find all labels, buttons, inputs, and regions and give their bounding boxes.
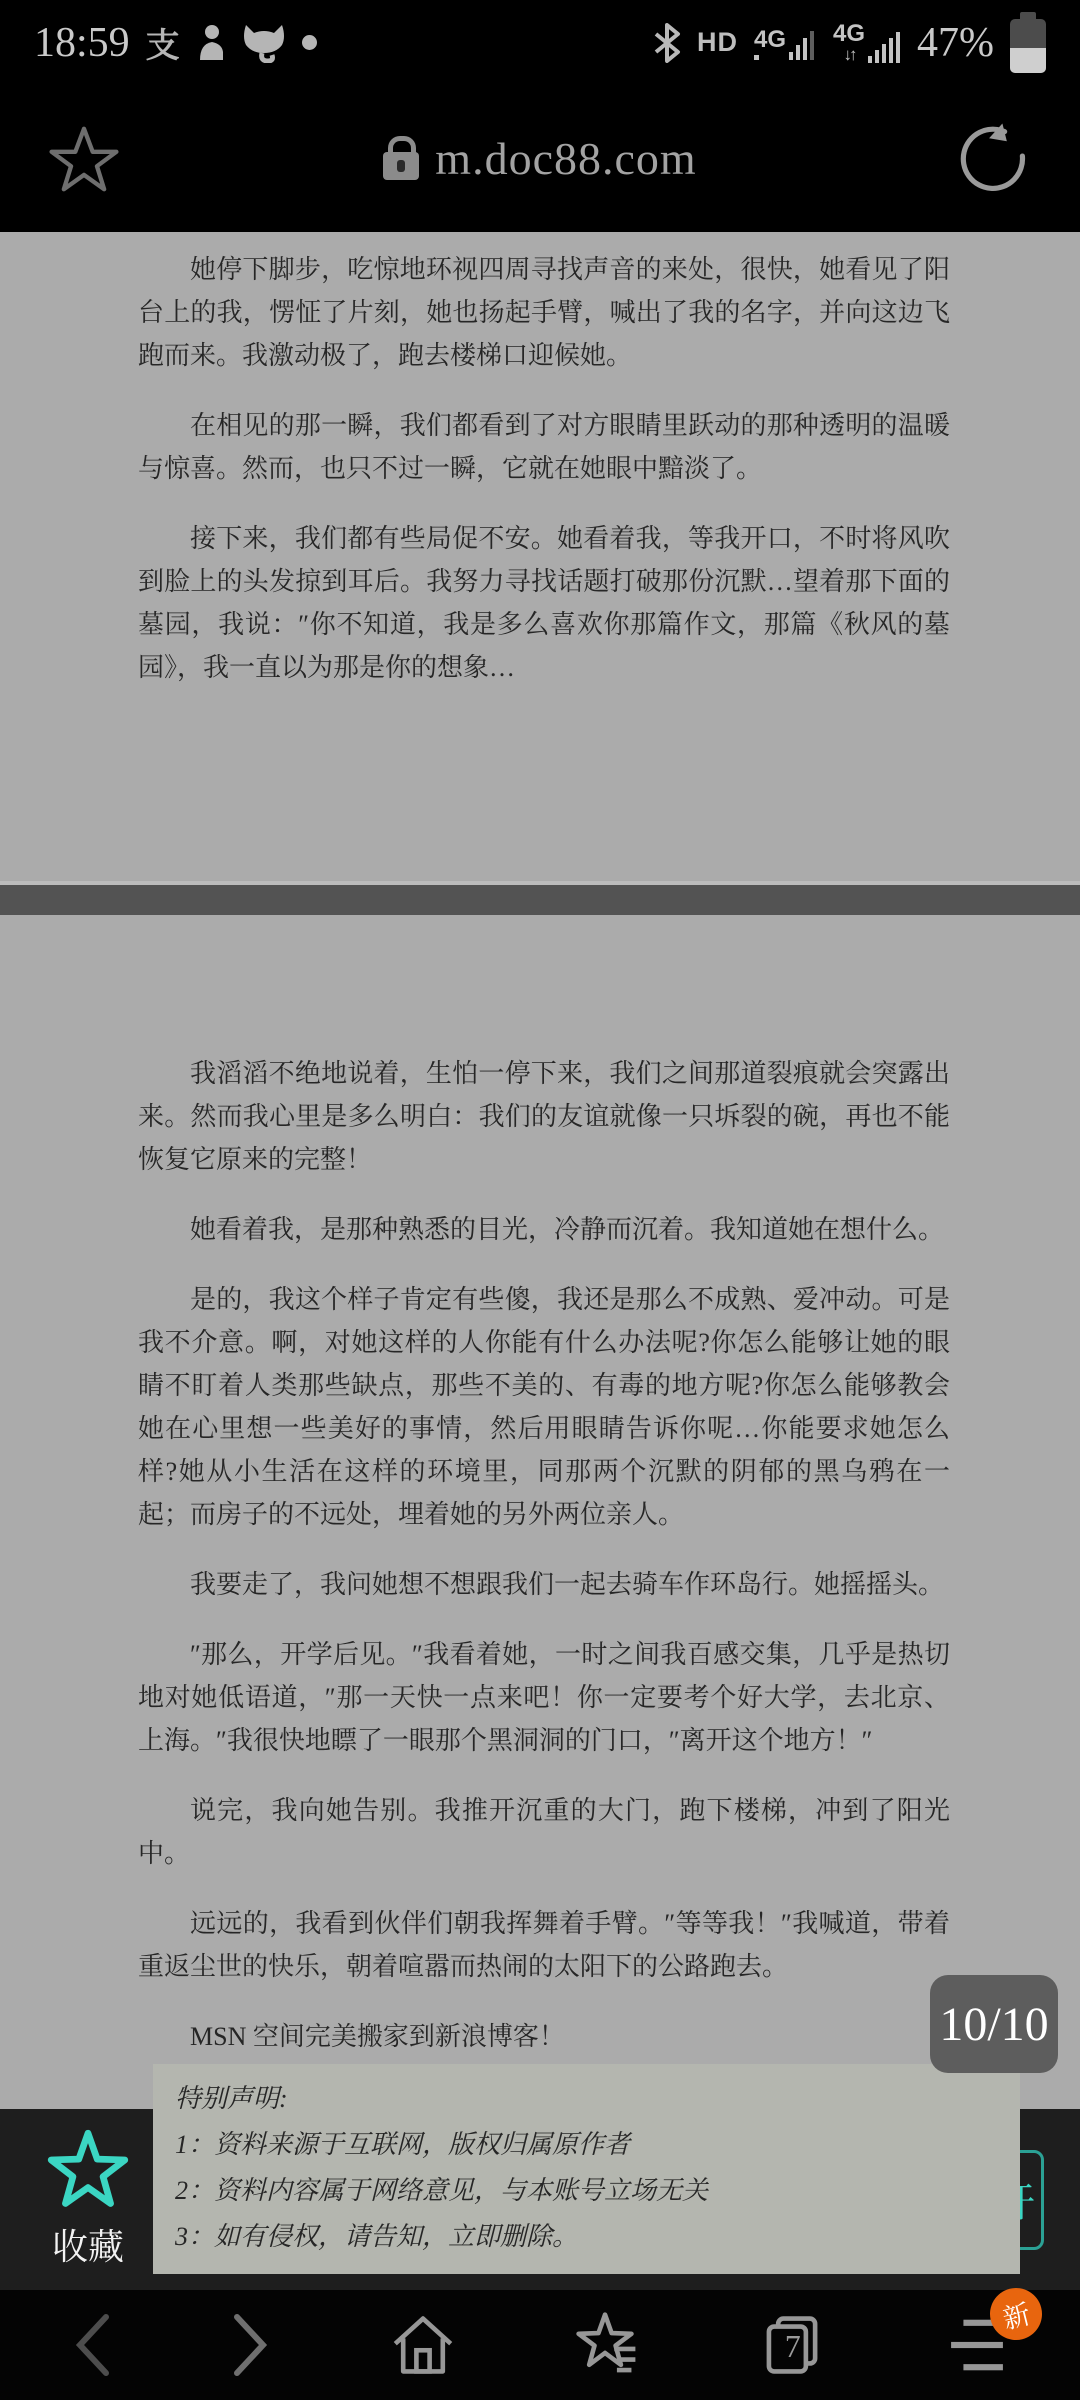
data-updown-arrows: ↓↑ [843, 46, 854, 63]
special-notice-box: 特别声明: 1：资料来源于互联网，版权归属原作者 2：资料内容属于网络意见，与本… [153, 2064, 1020, 2274]
favorite-button[interactable]: 收藏 [36, 2129, 140, 2270]
paragraph: MSN 空间完美搬家到新浪博客！ [138, 2015, 950, 2058]
back-button[interactable] [72, 2313, 112, 2377]
url-text: m.doc88.com [435, 132, 696, 185]
browser-navigation-bar: 7 新 [0, 2290, 1080, 2400]
paragraph: 我要走了，我问她想不想跟我们一起去骑车作环岛行。她摇摇头。 [138, 1563, 950, 1606]
sim2-signal: 4G ↓↑ [833, 22, 901, 63]
favorite-label: 收藏 [52, 2219, 124, 2270]
sim1-signal: 4G [754, 26, 817, 60]
person-notification-icon [196, 24, 226, 62]
forward-button[interactable] [231, 2313, 271, 2377]
browser-address-bar[interactable]: m.doc88.com [0, 85, 1080, 232]
sim2-4g-label: 4G [833, 22, 865, 46]
notice-item: 3：如有侵权，请告知，立即删除。 [175, 2214, 996, 2260]
paragraph: ″那么，开学后见。″我看着她，一时之间我百感交集，几乎是热切地对她低语道，″那一… [138, 1633, 950, 1762]
cat-notification-icon [242, 23, 286, 63]
hd-voice-indicator: HD [697, 27, 738, 58]
paragraph: 她看着我，是那种熟悉的目光，冷静而沉着。我知道她在想什么。 [138, 1208, 950, 1251]
url-display[interactable]: m.doc88.com [0, 132, 1080, 185]
sim1-signal-bars [789, 26, 817, 60]
bookmarks-button[interactable] [576, 2312, 642, 2378]
sim1-dot [754, 55, 759, 60]
ssl-lock-icon [383, 152, 419, 180]
bluetooth-icon [653, 23, 681, 63]
alipay-notification-icon: 支 [146, 18, 180, 67]
more-notifications-dot [302, 35, 317, 50]
paragraph: 我滔滔不绝地说着，生怕一停下来，我们之间那道裂痕就会突露出来。然而我心里是多么明… [138, 1052, 950, 1181]
battery-icon [1010, 12, 1046, 73]
battery-percentage: 47% [917, 19, 994, 67]
paragraph: 是的，我这个样子肯定有些傻，我还是那么不成熟、爱冲动。可是我不介意。啊，对她这样… [138, 1278, 950, 1536]
menu-button[interactable]: 新 [946, 2316, 1008, 2374]
sim1-4g-label: 4G [754, 28, 786, 52]
home-button[interactable] [390, 2313, 456, 2377]
paragraph: 她停下脚步，吃惊地环视四周寻找声音的来处，很快，她看见了阳台上的我，愣怔了片刻，… [138, 248, 950, 377]
favorite-star-icon [46, 2129, 130, 2211]
page-number-indicator: 10/10 [930, 1975, 1058, 2073]
paragraph: 接下来，我们都有些局促不安。她看着我，等我开口，不时将风吹到脸上的头发掠到耳后。… [138, 517, 950, 689]
paragraph: 说完，我向她告别。我推开沉重的大门，跑下楼梯，冲到了阳光中。 [138, 1789, 950, 1875]
notice-item: 1：资料来源于互联网，版权归属原作者 [175, 2122, 996, 2168]
paragraph: 在相见的那一瞬，我们都看到了对方眼睛里跃动的那种透明的温暖与惊喜。然而，也只不过… [138, 404, 950, 490]
notice-title: 特别声明: [175, 2076, 996, 2122]
status-bar: 18:59 支 HD 4G [0, 0, 1080, 85]
notice-item: 2：资料内容属于网络意见，与本账号立场无关 [175, 2168, 996, 2214]
document-page-2[interactable]: 我滔滔不绝地说着，生怕一停下来，我们之间那道裂痕就会突露出来。然而我心里是多么明… [0, 915, 1080, 2109]
clock: 18:59 [34, 19, 130, 67]
paragraph: 远远的，我看到伙伴们朝我挥舞着手臂。″等等我！″我喊道，带着重返尘世的快乐，朝着… [138, 1902, 950, 1988]
document-page-1[interactable]: 她停下脚步，吃惊地环视四周寻找声音的来处，很快，她看见了阳台上的我，愣怔了片刻，… [0, 232, 1080, 885]
tab-count: 7 [771, 2328, 815, 2365]
tabs-button[interactable]: 7 [761, 2312, 827, 2378]
page-gap-divider [0, 885, 1080, 915]
sim2-signal-bars [868, 29, 901, 63]
